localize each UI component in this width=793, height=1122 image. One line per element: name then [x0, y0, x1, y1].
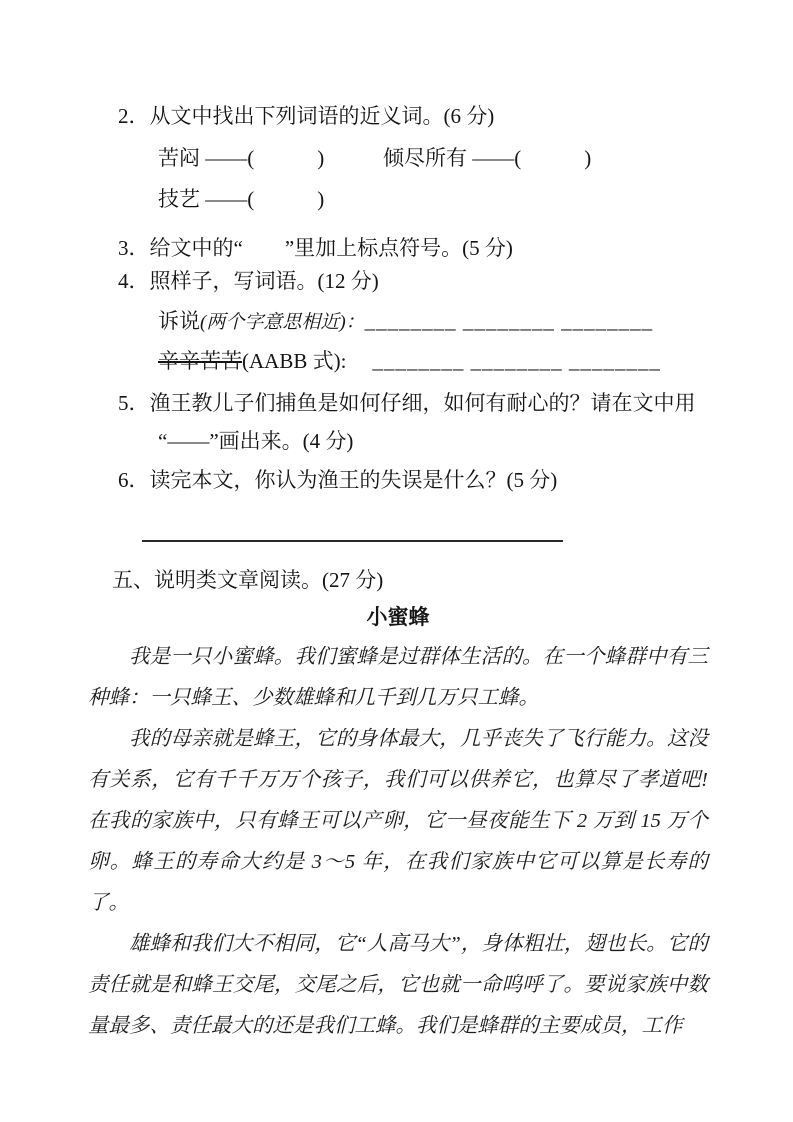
question-2-pair-qingjinsuoyou: 倾尽所有 ——( ) — [383, 146, 591, 170]
question-4-item1-label: 诉说 — [158, 309, 200, 333]
question-4-heading: 4．照样子，写词语。(12 分) — [118, 269, 379, 293]
question-4-item-xinxinkuku: 辛辛苦苦(AABB 式):________ ________ ________ — [158, 349, 661, 373]
passage-title: 小蜜蜂 — [88, 601, 708, 631]
question-2-heading: 2．从文中找出下列词语的近义词。(6 分) — [118, 104, 494, 128]
question-2-pair-kumen: 苦闷 ——( ) — [158, 146, 324, 170]
passage-paragraph-1: 我是一只小蜜蜂。我们蜜蜂是过群体生活的。在一个蜂群中有三种蜂：一只蜂王、少数雄蜂… — [88, 637, 708, 719]
passage-paragraph-3: 雄蜂和我们大不相同，它“人高马大”，身体粗壮，翅也长。它的责任就是和蜂王交尾，交… — [88, 924, 708, 1047]
section-5-heading: 五、说明类文章阅读。(27 分) — [112, 564, 383, 594]
answer-blank-line — [142, 523, 563, 542]
question-4-item-sushuo: 诉说(两个字意思相近)：________ ________ ________ — [158, 309, 653, 335]
question-5-line1: 5．渔王教儿子们捕鱼是如何仔细，如何有耐心的？请在文中用 — [118, 391, 696, 415]
passage-paragraph-2: 我的母亲就是蜂王，它的身体最大，几乎丧失了飞行能力。这没有关系，它有千千万万个孩… — [88, 719, 708, 924]
question-5-line2: “——”画出来。(4 分) — [158, 429, 353, 453]
worksheet-page: 2．从文中找出下列词语的近义词。(6 分) 苦闷 ——( ) 倾尽所有 ——( … — [0, 0, 793, 1122]
question-4-item2-label: 辛辛苦苦 — [158, 349, 242, 373]
question-4-item2-hint: (AABB 式): — [242, 349, 346, 373]
question-2-pair-jiyi: 技艺 ——( ) — [158, 187, 324, 211]
passage-body: 我是一只小蜜蜂。我们蜜蜂是过群体生活的。在一个蜂群中有三种蜂：一只蜂王、少数雄蜂… — [88, 637, 708, 1047]
question-4-item1-blanks: ________ ________ ________ — [365, 309, 654, 333]
question-6-heading: 6．读完本文，你认为渔王的失误是什么？(5 分) — [118, 468, 557, 492]
question-4-item2-blanks: ________ ________ ________ — [372, 349, 661, 373]
question-3-heading: 3．给文中的“ ”里加上标点符号。(5 分) — [118, 236, 513, 260]
question-4-item1-hint: (两个字意思相近)： — [200, 312, 365, 333]
